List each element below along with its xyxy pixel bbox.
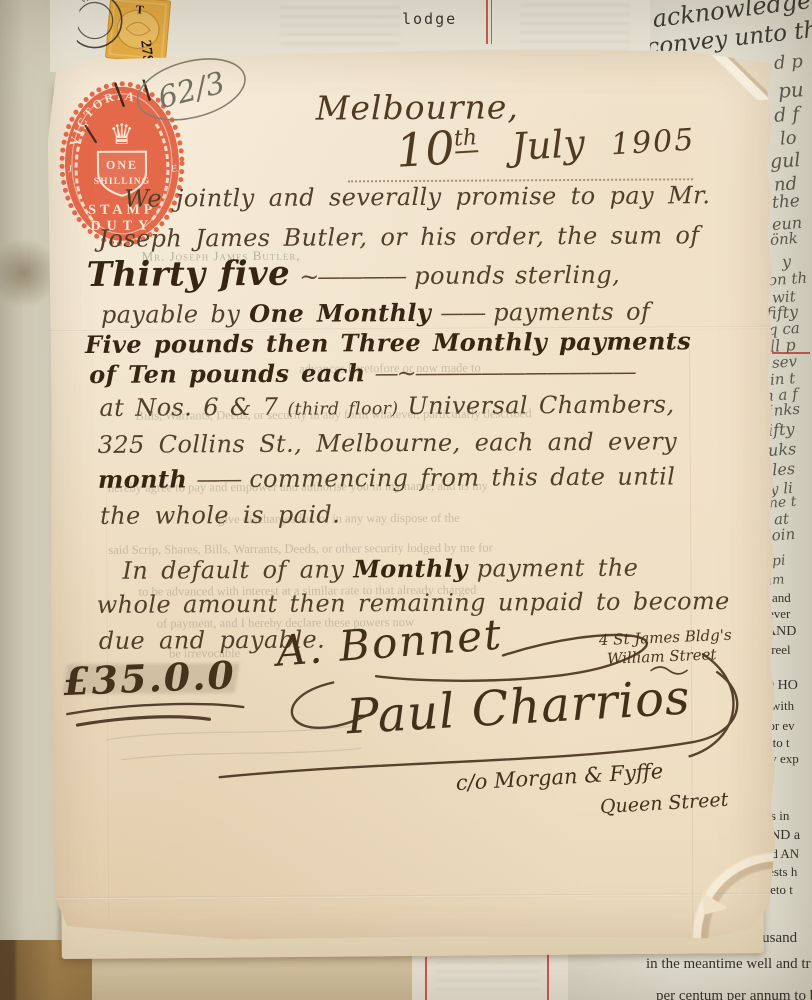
deed-script-fragment: uks <box>767 439 796 460</box>
promissory-note: VICTORIA ♛ ONE SHILLING J E STAMP DUTY 6… <box>47 48 777 942</box>
date-year: 1905 <box>610 122 696 162</box>
stamp-arc-text: VICTORIA <box>66 89 138 148</box>
stamp-check-letter-right: E <box>171 163 177 174</box>
pen-cancel-mark <box>115 84 123 106</box>
note-text-segment: whole amount then remaining unpaid to be… <box>97 587 730 619</box>
note-text-segment: the whole is paid. <box>100 500 340 529</box>
pencil-trace <box>106 726 351 739</box>
deed-printed-fragment: per centum per annum to be <box>656 988 812 1000</box>
pencil-number: 62/3 <box>155 66 229 117</box>
note-text-segment: We jointly and severally promise to pay … <box>124 181 710 213</box>
note-text-segment: Universal Chambers, <box>407 390 674 420</box>
note-line: month——commencing from this date until <box>98 461 685 494</box>
note-text-segment: pounds sterling, <box>414 261 620 290</box>
deed-script-fragment: d f <box>773 103 800 127</box>
note-text-segment: of Ten pounds each <box>89 358 365 389</box>
charrios-end-swash <box>689 654 734 756</box>
amount-underline <box>77 717 209 726</box>
stamp-body <box>65 86 180 241</box>
note-text-segment: payment the <box>477 554 639 583</box>
stamp-wreath-left <box>76 124 93 220</box>
amount-figures: £35.0.0 <box>62 652 236 704</box>
note-text-segment: Five pounds then Three Monthly payments <box>85 326 691 359</box>
stamp-value-one: ONE <box>106 158 138 172</box>
note-line: whole amount then remaining unpaid to be… <box>97 587 739 619</box>
note-text-segment: month <box>98 464 188 494</box>
deed-printed-fragment: in the meantime well and tr <box>646 956 811 973</box>
note-text-segment: ~———— <box>299 262 405 291</box>
pencil-oval <box>131 49 251 131</box>
amount-underline <box>67 704 243 714</box>
red-margin-rule <box>486 0 488 44</box>
red-margin-rule <box>491 0 492 44</box>
paper-crease <box>52 893 777 900</box>
note-line: payable byOne Monthly——payments of <box>101 296 660 328</box>
svg-text:VICTORIA: VICTORIA <box>66 89 138 148</box>
deed-script-fragment: d p <box>773 51 803 74</box>
note-text-segment: at Nos. 6 & 7 <box>99 393 278 422</box>
note-text-segment: commencing from this date until <box>249 462 675 493</box>
deed-printed-fragment: and <box>772 590 791 606</box>
note-line: 325 Collins St., Melbourne, each and eve… <box>98 427 687 459</box>
stamp-scallop-ring <box>61 83 182 244</box>
deed-script-fragment: pu <box>777 77 804 103</box>
date-day: 10 <box>395 121 457 178</box>
red-margin-rule <box>547 953 549 1000</box>
pen-cancel-mark <box>143 80 149 100</box>
note-text-segment: In default of any <box>122 555 344 584</box>
pen-cancel-mark <box>86 126 96 142</box>
note-text-segment: (third floor) <box>287 399 398 420</box>
note-line: at Nos. 6 & 7(third floor)Universal Cham… <box>99 390 683 422</box>
annotation-address-line2: William Street <box>607 645 717 667</box>
typed-label: lodge <box>402 10 457 28</box>
deed-script-fragment: y <box>781 252 791 272</box>
victoria-duty-stamp: VICTORIA ♛ ONE SHILLING J E STAMP DUTY <box>57 79 186 248</box>
note-text-segment: Thirty five <box>87 254 291 295</box>
note-line: Joseph James Butler, or his order, the s… <box>98 221 708 253</box>
faint-showthrough-text <box>280 6 400 46</box>
note-line: We jointly and severally promise to pay … <box>124 181 719 213</box>
stamp-check-letter-left: J <box>68 164 72 175</box>
note-text-segment: payable by <box>101 300 241 329</box>
red-margin-rule <box>425 957 427 1000</box>
faint-showthrough-text <box>520 4 630 50</box>
note-text-segment: 325 Collins St., Melbourne, each and eve… <box>98 427 678 459</box>
note-text-segment: One Monthly <box>249 298 431 328</box>
photographed-documents-scene: acknowledged) convey unto the s d ppud f… <box>0 0 812 1000</box>
deed-script-fragment: the <box>771 191 800 213</box>
note-text-segment: Joseph James Butler, or his order, the s… <box>98 221 699 253</box>
note-text-segment: —— <box>440 299 484 327</box>
date-ordinal: th <box>453 125 478 153</box>
note-line: the whole is paid. <box>100 500 349 530</box>
note-text-segment: payments of <box>493 298 650 327</box>
red-underline-mark <box>772 352 810 354</box>
note-text-segment: Monthly <box>353 554 468 584</box>
crown-icon: ♛ <box>109 118 134 151</box>
note-line: of Ten pounds each—~—————————— <box>89 357 644 389</box>
note-line: Thirty five~————pounds sterling, <box>87 252 630 295</box>
date-month: July <box>510 121 586 169</box>
deed-script-fragment: lo <box>779 127 797 149</box>
deed-script-fragment: gul <box>769 149 801 173</box>
faint-showthrough-text <box>436 961 540 995</box>
signature-charrios: Paul Charrios <box>345 669 692 745</box>
deed-script-fragment: ifty <box>767 419 795 440</box>
note-text-segment: —— <box>196 465 240 493</box>
signature-care-of: c/o Morgan & Fyffe <box>455 759 664 795</box>
deed-script-fragment: on th <box>767 269 807 290</box>
pencil-trace <box>122 748 362 759</box>
note-line: In default of anyMonthlypayment the <box>122 553 647 585</box>
note-line: Five pounds then Three Monthly payments <box>85 326 700 359</box>
deed-script-fragment: önk <box>769 229 798 249</box>
note-text-segment: —~—————————— <box>374 358 634 388</box>
signature-street: Queen Street <box>599 789 729 818</box>
